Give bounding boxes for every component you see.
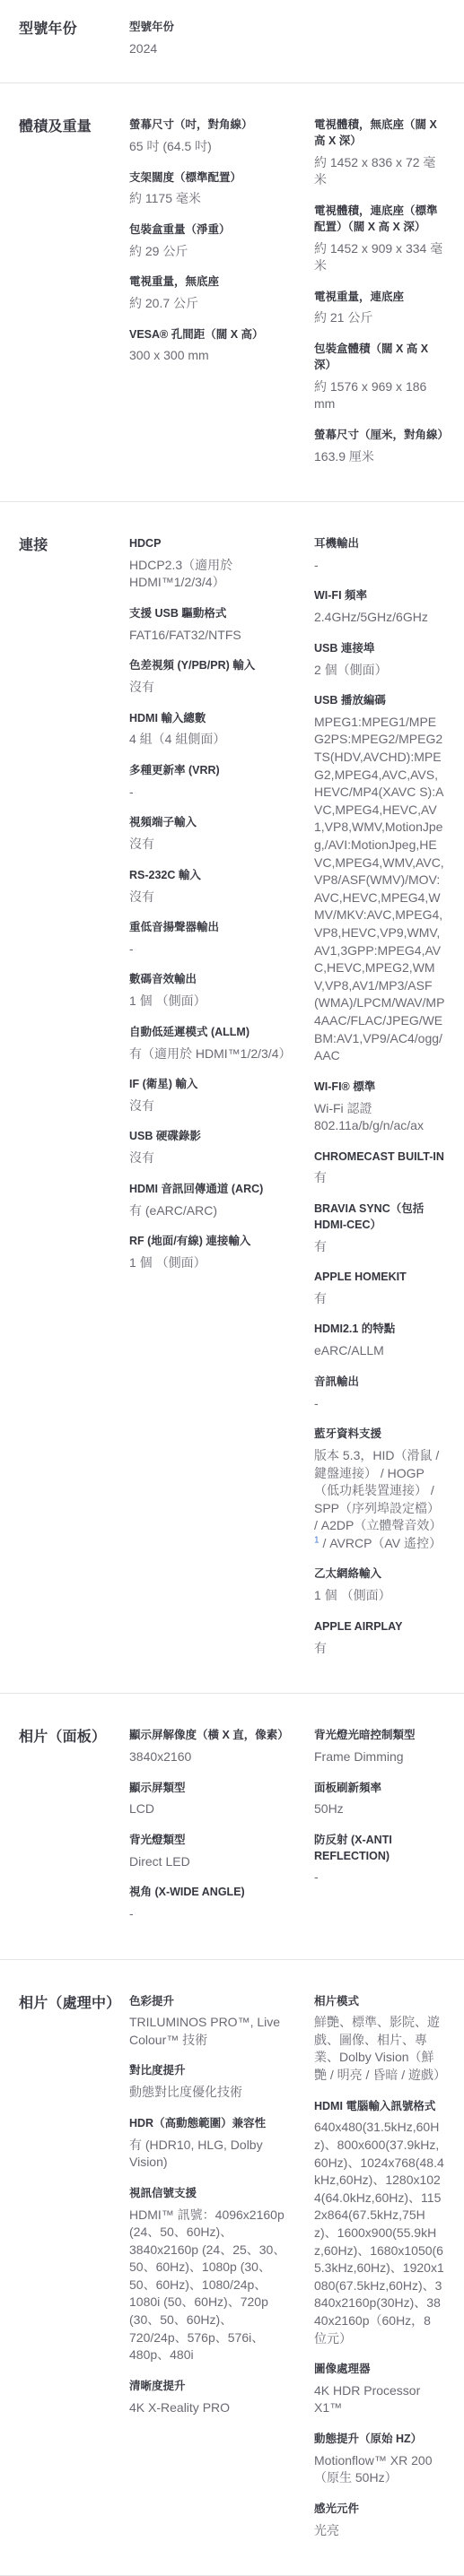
spec-item: APPLE AIRPLAY 有 [314,1619,445,1657]
spec-item: 型號年份 2024 [129,20,287,57]
spec-item: HDMI 輸入總數 4 組（4 組側面） [129,711,287,749]
spec-column-left: 型號年份 2024 [129,20,314,72]
spec-item: 防反射 (X-ANTI REFLECTION) - [314,1833,445,1886]
spec-value-hdmi-pc-formats: 640x480(31.5kHz,60Hz)、800x600(37.9kHz,60… [314,2119,445,2347]
spec-label: IF (衛星) 輸入 [129,1077,287,1093]
spec-label: 電視體積，無底座（闊 X 高 X 深） [314,117,445,150]
spec-item: 電視體積，無底座（闊 X 高 X 深） 約 1452 x 836 x 72 毫米 [314,117,445,189]
spec-item: 音訊輸出 - [314,1375,445,1412]
spec-value: 50Hz [314,1800,445,1818]
spec-value: - [314,1869,445,1886]
spec-item: VESA® 孔間距（闊 X 高） 300 x 300 mm [129,327,287,365]
spec-value: 4K X-Reality PRO [129,2399,287,2417]
spec-label: 清晰度提升 [129,2379,287,2395]
section-connectivity: 連接 HDCP HDCP2.3（適用於 HDMI™1/2/3/4） 支援 USB… [0,502,464,1694]
spec-value: 約 29 公斤 [129,243,287,261]
spec-column-right [314,20,445,72]
spec-value: 光亮 [314,2522,445,2540]
spec-value: 3840x2160 [129,1748,287,1766]
spec-item: 背光燈光暗控制類型 Frame Dimming [314,1728,445,1765]
spec-value: 有 [314,1290,445,1308]
spec-value: eARC/ALLM [314,1342,445,1360]
spec-label: 包裝盒重量（淨重） [129,222,287,239]
spec-value: 約 21 公斤 [314,309,445,327]
spec-item: 對比度提升 動態對比度優化技術 [129,2063,287,2101]
spec-label: 色彩提升 [129,1994,287,2010]
spec-value: 4 組（4 組側面） [129,731,287,749]
spec-label: 多種更新率 (VRR) [129,763,287,779]
spec-label: 面板刷新頻率 [314,1781,445,1797]
spec-item: USB 硬碟錄影 沒有 [129,1129,287,1167]
spec-label: 音訊輸出 [314,1375,445,1391]
spec-item: 自動低延遲模式 (ALLM) 有（適用於 HDMI™1/2/3/4） [129,1025,287,1062]
spec-label: 螢幕尺寸（吋，對角線） [129,117,287,134]
spec-value: 約 1175 毫米 [129,190,287,208]
spec-value: - [314,557,445,575]
spec-value: 4K HDR Processor X1™ [314,2382,445,2417]
spec-column-right: 耳機輸出 - WI-FI 頻率 2.4GHz/5GHz/6GHz USB 連接埠… [314,536,445,1671]
spec-label: 數碼音效輸出 [129,972,287,988]
spec-value: - [129,941,287,958]
spec-value: LCD [129,1800,287,1818]
spec-value: 沒有 [129,836,287,854]
spec-label: 對比度提升 [129,2063,287,2079]
spec-value: 沒有 [129,889,287,906]
spec-label: HDMI 音訊回傳通道 (ARC) [129,1182,287,1198]
spec-item: IF (衛星) 輸入 沒有 [129,1077,287,1115]
spec-label: USB 連接埠 [314,641,445,657]
spec-label: RS-232C 輸入 [129,868,287,884]
spec-item: 面板刷新頻率 50Hz [314,1781,445,1818]
spec-label: 視角 (X-WIDE ANGLE) [129,1885,287,1901]
spec-value-video-signal: HDMI™ 訊號：4096x2160p (24、50、60Hz)、3840x21… [129,2207,287,2364]
spec-value: 沒有 [129,1097,287,1115]
spec-column-left: 色彩提升 TRILUMINOS PRO™, Live Colour™ 技術 對比… [129,1994,314,2554]
spec-item: 視頻端子輸入 沒有 [129,815,287,853]
spec-value: 動態對比度優化技術 [129,2084,287,2102]
spec-label: 感光元件 [314,2502,445,2518]
spec-value: - [129,784,287,802]
spec-label: 圖像處理器 [314,2362,445,2378]
spec-label: APPLE HOMEKIT [314,1270,445,1286]
spec-value: 約 20.7 公斤 [129,295,287,313]
spec-label: 自動低延遲模式 (ALLM) [129,1025,287,1041]
spec-value: 2024 [129,40,287,58]
spec-value: 有 [314,1169,445,1187]
spec-label: 乙太網絡輸入 [314,1566,445,1583]
spec-label: 重低音揚聲器輸出 [129,920,287,936]
section-picture-panel: 相片（面板） 顯示屏解像度（橫 X 直，像素） 3840x2160 顯示屏類型 … [0,1694,464,1959]
spec-value: FAT16/FAT32/NTFS [129,627,287,645]
section-title: 相片（處理中） [19,1994,129,2554]
spec-item: 動態提升（原始 HZ） Motionflow™ XR 200（原生 50Hz） [314,2432,445,2487]
spec-label: USB 硬碟錄影 [129,1129,287,1145]
spec-value: - [314,1395,445,1413]
spec-value: 鮮艷、標準、影院、遊戲、圖像、相片、專業、Dolby Vision（鮮艷 / 明… [314,2014,445,2084]
spec-item: 圖像處理器 4K HDR Processor X1™ [314,2362,445,2417]
spec-label: 視訊信號支援 [129,2186,287,2202]
section-title: 相片（面板） [19,1728,129,1937]
spec-item: HDMI 電腦輸入訊號格式 640x480(31.5kHz,60Hz)、800x… [314,2099,445,2347]
section-model-year: 型號年份 型號年份 2024 [0,0,464,83]
spec-value: Motionflow™ XR 200（原生 50Hz） [314,2452,445,2487]
spec-label: APPLE AIRPLAY [314,1619,445,1635]
spec-value: 2 個（側面） [314,662,445,680]
spec-value: 沒有 [129,1149,287,1167]
spec-column-left: 螢幕尺寸（吋，對角線） 65 吋 (64.5 吋) 支架闊度（標準配置） 約 1… [129,117,314,480]
spec-item: 相片模式 鮮艷、標準、影院、遊戲、圖像、相片、專業、Dolby Vision（鮮… [314,1994,445,2085]
spec-item: 電視體積，連底座（標準配置）（闊 X 高 X 深） 約 1452 x 909 x… [314,204,445,275]
spec-column-right: 背光燈光暗控制類型 Frame Dimming 面板刷新頻率 50Hz 防反射 … [314,1728,445,1937]
spec-label: 相片模式 [314,1994,445,2010]
spec-item: 重低音揚聲器輸出 - [129,920,287,958]
spec-item: 清晰度提升 4K X-Reality PRO [129,2379,287,2416]
spec-label: 色差視頻 (Y/PB/PR) 輸入 [129,658,287,674]
spec-label: CHROMECAST BUILT-IN [314,1149,445,1166]
spec-item: 背光燈類型 Direct LED [129,1833,287,1870]
bluetooth-value-text: / AVRCP（AV 遙控） [320,1536,442,1550]
spec-item: CHROMECAST BUILT-IN 有 [314,1149,445,1187]
spec-value: Direct LED [129,1853,287,1871]
spec-label: 藍牙資料支援 [314,1427,445,1443]
spec-label: 顯示屏類型 [129,1781,287,1797]
spec-label: HDR（高動態範圍）兼容性 [129,2116,287,2132]
spec-column-left: 顯示屏解像度（橫 X 直，像素） 3840x2160 顯示屏類型 LCD 背光燈… [129,1728,314,1937]
spec-item: 色差視頻 (Y/PB/PR) 輸入 沒有 [129,658,287,696]
spec-item: 耳機輸出 - [314,536,445,574]
spec-value-usb-codecs: MPEG1:MPEG1/MPEG2PS:MPEG2/MPEG2TS(HDV,AV… [314,714,445,1065]
spec-label: USB 播放編碼 [314,693,445,709]
spec-item: USB 連接埠 2 個（側面） [314,641,445,679]
spec-label: 電視重量，連底座 [314,290,445,306]
spec-label: 視頻端子輸入 [129,815,287,831]
spec-value: 65 吋 (64.5 吋) [129,138,287,156]
spec-value: 有 [314,1640,445,1658]
spec-item: 視訊信號支援 HDMI™ 訊號：4096x2160p (24、50、60Hz)、… [129,2186,287,2364]
spec-label: HDCP [129,536,287,552]
spec-column-right: 電視體積，無底座（闊 X 高 X 深） 約 1452 x 836 x 72 毫米… [314,117,445,480]
spec-item: 電視重量，無底座 約 20.7 公斤 [129,274,287,312]
spec-item: HDMI2.1 的特點 eARC/ALLM [314,1322,445,1359]
spec-item: 電視重量，連底座 約 21 公斤 [314,290,445,327]
spec-label: VESA® 孔間距（闊 X 高） [129,327,287,343]
spec-item: USB 播放編碼 MPEG1:MPEG1/MPEG2PS:MPEG2/MPEG2… [314,693,445,1065]
spec-value: 沒有 [129,679,287,697]
spec-item: 色彩提升 TRILUMINOS PRO™, Live Colour™ 技術 [129,1994,287,2050]
spec-value-bluetooth: 版本 5.3，HID（滑鼠 / 鍵盤連接） / HOGP（低功耗裝置連接） / … [314,1447,445,1553]
spec-value: TRILUMINOS PRO™, Live Colour™ 技術 [129,2014,287,2049]
spec-label: 包裝盒體積（闊 X 高 X 深） [314,342,445,374]
spec-value: 有（適用於 HDMI™1/2/3/4） [129,1045,287,1063]
spec-value: HDCP2.3（適用於 HDMI™1/2/3/4） [129,557,287,592]
spec-item: 乙太網絡輸入 1 個 （側面） [314,1566,445,1604]
spec-label: 背光燈類型 [129,1833,287,1849]
spec-item: 包裝盒體積（闊 X 高 X 深） 約 1576 x 969 x 186 mm [314,342,445,413]
spec-item: HDR（高動態範圍）兼容性 有 (HDR10, HLG, Dolby Visio… [129,2116,287,2172]
section-title: 連接 [19,536,129,1671]
spec-label: RF (地面/有線) 連接輸入 [129,1234,287,1250]
spec-value: 有 [314,1238,445,1256]
spec-label: 耳機輸出 [314,536,445,552]
spec-value: 300 x 300 mm [129,347,287,365]
spec-value: 1 個 （側面） [314,1587,445,1605]
spec-item: 支架闊度（標準配置） 約 1175 毫米 [129,170,287,208]
spec-label: WI-FI 頻率 [314,588,445,604]
spec-label: 動態提升（原始 HZ） [314,2432,445,2448]
spec-value: 約 1452 x 836 x 72 毫米 [314,154,445,189]
spec-value: 約 1576 x 969 x 186 mm [314,378,445,413]
spec-item: 包裝盒重量（淨重） 約 29 公斤 [129,222,287,260]
spec-value: 1 個 （側面） [129,1254,287,1272]
spec-item: 視角 (X-WIDE ANGLE) - [129,1885,287,1922]
spec-label: HDMI 輸入總數 [129,711,287,727]
spec-item: RS-232C 輸入 沒有 [129,868,287,906]
spec-label: 螢幕尺寸（厘米，對角線） [314,428,445,444]
bluetooth-value-text: 版本 5.3，HID（滑鼠 / 鍵盤連接） / HOGP（低功耗裝置連接） / … [314,1448,442,1532]
spec-item: HDCP HDCP2.3（適用於 HDMI™1/2/3/4） [129,536,287,592]
spec-column-right: 相片模式 鮮艷、標準、影院、遊戲、圖像、相片、專業、Dolby Vision（鮮… [314,1994,445,2554]
spec-value: 約 1452 x 909 x 334 毫米 [314,240,445,275]
spec-label: BRAVIA SYNC（包括 HDMI-CEC） [314,1201,445,1234]
spec-value: 2.4GHz/5GHz/6GHz [314,609,445,627]
spec-label: 型號年份 [129,20,287,36]
spec-label: HDMI2.1 的特點 [314,1322,445,1338]
spec-label: 顯示屏解像度（橫 X 直，像素） [129,1728,287,1744]
spec-label: WI-FI® 標準 [314,1080,445,1096]
spec-value: 163.9 厘米 [314,448,445,466]
spec-item: RF (地面/有線) 連接輸入 1 個 （側面） [129,1234,287,1271]
spec-label: 電視重量，無底座 [129,274,287,291]
spec-item: 螢幕尺寸（厘米，對角線） 163.9 厘米 [314,428,445,465]
spec-item: 顯示屏解像度（橫 X 直，像素） 3840x2160 [129,1728,287,1765]
spec-value: Wi-Fi 認證 802.11a/b/g/n/ac/ax [314,1100,445,1135]
spec-item: 多種更新率 (VRR) - [129,763,287,801]
spec-item: APPLE HOMEKIT 有 [314,1270,445,1307]
spec-value: 有 (eARC/ARC) [129,1202,287,1220]
spec-item: 支援 USB 驅動格式 FAT16/FAT32/NTFS [129,606,287,644]
spec-label: 防反射 (X-ANTI REFLECTION) [314,1833,445,1865]
spec-item: 藍牙資料支援 版本 5.3，HID（滑鼠 / 鍵盤連接） / HOGP（低功耗裝… [314,1427,445,1552]
spec-item: BRAVIA SYNC（包括 HDMI-CEC） 有 [314,1201,445,1255]
spec-item: WI-FI 頻率 2.4GHz/5GHz/6GHz [314,588,445,626]
spec-item: 顯示屏類型 LCD [129,1781,287,1818]
spec-label: 支援 USB 驅動格式 [129,606,287,622]
spec-item: 螢幕尺寸（吋，對角線） 65 吋 (64.5 吋) [129,117,287,155]
spec-item: HDMI 音訊回傳通道 (ARC) 有 (eARC/ARC) [129,1182,287,1219]
spec-item: 感光元件 光亮 [314,2502,445,2539]
spec-label: 背光燈光暗控制類型 [314,1728,445,1744]
section-title: 型號年份 [19,20,129,72]
spec-label: 支架闊度（標準配置） [129,170,287,186]
spec-value: 1 個 （側面） [129,993,287,1010]
spec-page: { "colors": { "background": "#ffffff", "… [0,0,464,2576]
spec-value: - [129,1905,287,1923]
spec-item: WI-FI® 標準 Wi-Fi 認證 802.11a/b/g/n/ac/ax [314,1080,445,1135]
spec-column-left: HDCP HDCP2.3（適用於 HDMI™1/2/3/4） 支援 USB 驅動… [129,536,314,1671]
spec-label: HDMI 電腦輸入訊號格式 [314,2099,445,2115]
section-picture-processing: 相片（處理中） 色彩提升 TRILUMINOS PRO™, Live Colou… [0,1960,464,2576]
spec-value: Frame Dimming [314,1748,445,1766]
spec-value: 有 (HDR10, HLG, Dolby Vision) [129,2137,287,2172]
spec-label: 電視體積，連底座（標準配置）（闊 X 高 X 深） [314,204,445,236]
section-dimensions-weight: 體積及重量 螢幕尺寸（吋，對角線） 65 吋 (64.5 吋) 支架闊度（標準配… [0,83,464,502]
section-title: 體積及重量 [19,117,129,480]
spec-item: 數碼音效輸出 1 個 （側面） [129,972,287,1010]
